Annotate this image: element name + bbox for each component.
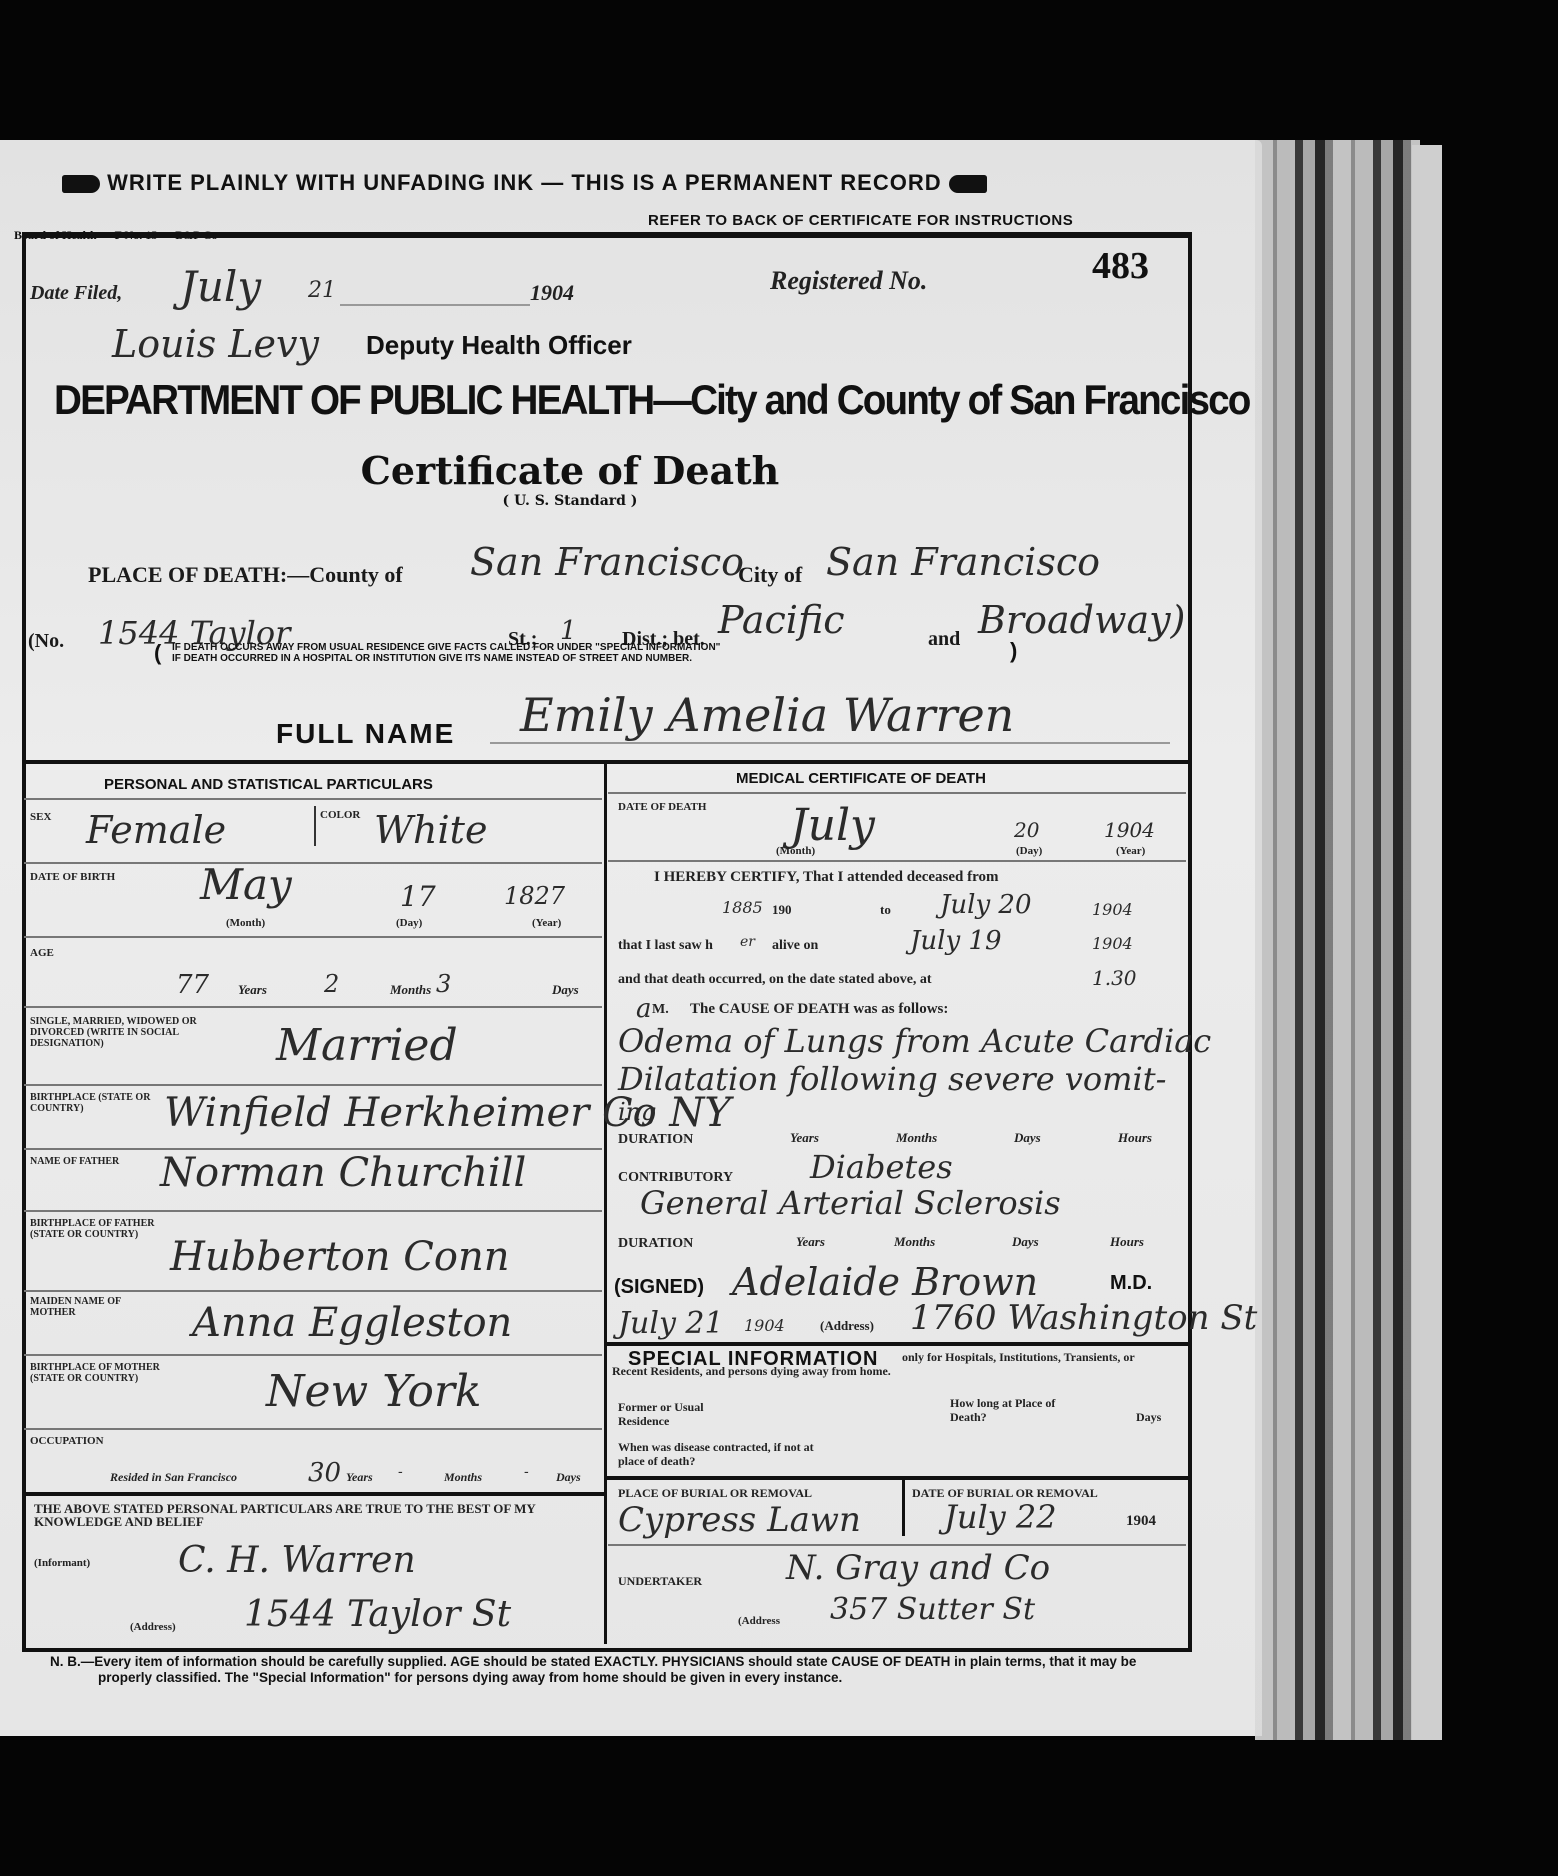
last-saw-date: July 19 <box>910 926 1002 956</box>
contracted-label: When was disease contracted, if not at p… <box>618 1440 818 1468</box>
color-label: COLOR <box>320 810 360 821</box>
dod-label: DATE OF DEATH <box>618 802 706 813</box>
resided-months: - <box>398 1464 403 1480</box>
personal-section-title: PERSONAL AND STATISTICAL PARTICULARS <box>104 776 433 793</box>
resided-days: - <box>524 1464 529 1480</box>
duration-label: DURATION <box>618 1134 693 1145</box>
burial-date: July 22 <box>944 1498 1057 1536</box>
dob-year: 1827 <box>504 882 565 910</box>
dod-day: 20 <box>1014 818 1039 842</box>
book-page-edge <box>1412 145 1442 1740</box>
certificate-frame <box>22 232 1192 1652</box>
informant-address-label: (Address) <box>130 1622 176 1633</box>
cause-line-2: Dilatation following severe vomit- <box>618 1060 1166 1098</box>
undertaker-label: UNDERTAKER <box>618 1576 702 1587</box>
contributory-1: Diabetes <box>810 1148 953 1186</box>
refer-note: REFER TO BACK OF CERTIFICATE FOR INSTRUC… <box>648 212 1073 229</box>
certificate-title: Certificate of Death <box>0 448 1140 493</box>
occupation-label: OCCUPATION <box>30 1436 104 1447</box>
city-value: San Francisco <box>826 540 1100 584</box>
attended-from: 1885 <box>722 898 763 917</box>
md-label: M.D. <box>1110 1272 1152 1295</box>
cause-label: The CAUSE OF DEATH was as follows: <box>690 1004 948 1015</box>
physician-address: 1760 Washington St <box>910 1298 1257 1338</box>
sex-label: SEX <box>30 812 51 823</box>
dob-month: May <box>200 860 292 909</box>
father-birthplace-value: Hubberton Conn <box>170 1234 510 1280</box>
age-label: AGE <box>30 948 54 959</box>
age-days: 3 <box>436 970 451 998</box>
street-no-label: (No. <box>28 630 64 653</box>
mother-birthplace-value: New York <box>266 1366 482 1417</box>
birthplace-label: BIRTHPLACE (State or Country) <box>30 1092 160 1114</box>
father-label: NAME OF FATHER <box>30 1156 130 1167</box>
between-street-2: Broadway) <box>978 598 1185 642</box>
dod-year: 1904 <box>1104 818 1155 842</box>
certify-text: I HEREBY CERTIFY, That I attended deceas… <box>654 872 999 883</box>
resided-label: Resided in San Francisco <box>110 1470 237 1485</box>
column-divider <box>604 762 607 1644</box>
footnote: N. B.—Every item of information should b… <box>50 1654 1158 1686</box>
former-residence-label: Former or Usual Residence <box>618 1400 718 1428</box>
book-page-edges <box>1255 140 1420 1740</box>
date-filed-month: July <box>180 262 261 311</box>
informant-address: 1544 Taylor St <box>244 1594 511 1635</box>
date-filed-label: Date Filed, <box>30 282 122 305</box>
am-pm: a <box>636 994 652 1024</box>
attended-to-year: 1904 <box>1092 900 1133 919</box>
officer-title: Deputy Health Officer <box>366 330 632 361</box>
last-saw-pronoun: er <box>740 934 755 950</box>
mother-birthplace-label: BIRTHPLACE OF MOTHER (State or Country) <box>30 1362 160 1384</box>
undertaker-address: 357 Sutter St <box>830 1592 1035 1627</box>
sex-value: Female <box>86 808 226 852</box>
mother-value: Anna Eggleston <box>192 1300 512 1346</box>
father-birthplace-label: BIRTHPLACE OF FATHER (State or Country) <box>30 1218 160 1240</box>
signed-label: (SIGNED) <box>614 1276 704 1299</box>
signed-year: 1904 <box>744 1316 785 1335</box>
registered-number: 483 <box>1092 244 1149 288</box>
informant-value: C. H. Warren <box>178 1540 416 1581</box>
dob-label: DATE OF BIRTH <box>30 872 115 883</box>
city-label: City of <box>738 562 802 588</box>
marital-label: SINGLE, MARRIED, WIDOWED OR DIVORCED (Wr… <box>30 1016 250 1049</box>
mother-label: MAIDEN NAME OF MOTHER <box>30 1296 140 1318</box>
full-name-value: Emily Amelia Warren <box>520 688 1014 742</box>
place-of-death-label: PLACE OF DEATH:—County of <box>88 562 403 588</box>
special-info-subtitle: only for Hospitals, Institutions, Transi… <box>612 1350 1172 1378</box>
between-street-1: Pacific <box>718 598 845 642</box>
registered-label: Registered No. <box>770 266 927 296</box>
department-title: DEPARTMENT OF PUBLIC HEALTH—City and Cou… <box>54 376 1250 424</box>
contributory-2: General Arterial Sclerosis <box>640 1184 1061 1222</box>
attended-to: July 20 <box>940 890 1032 920</box>
resided-years: 30 <box>308 1458 341 1488</box>
medical-section-title: MEDICAL CERTIFICATE OF DEATH <box>736 770 986 787</box>
dod-month: July <box>790 800 875 851</box>
last-saw-year: 1904 <box>1092 934 1133 953</box>
informant-label: (Informant) <box>34 1558 90 1569</box>
date-filed-day: 21 <box>308 278 336 303</box>
top-banner: WRITE PLAINLY WITH UNFADING INK — THIS I… <box>62 170 987 196</box>
date-filed-year: 1904 <box>530 280 574 306</box>
place-note: IF DEATH OCCURS AWAY FROM USUAL RESIDENC… <box>172 642 720 664</box>
attest-text: THE ABOVE STATED PERSONAL PARTICULARS AR… <box>34 1502 594 1528</box>
dob-day: 17 <box>400 880 436 913</box>
death-time: 1.30 <box>1092 966 1137 990</box>
and-label: and <box>928 628 960 651</box>
contributory-label: CONTRIBUTORY <box>618 1172 733 1183</box>
undertaker-value: N. Gray and Co <box>786 1548 1050 1588</box>
age-years: 77 <box>176 970 209 1000</box>
cause-line-1: Odema of Lungs from Acute Cardiac <box>618 1022 1211 1060</box>
father-value: Norman Churchill <box>160 1150 526 1196</box>
signed-date: July 21 <box>618 1306 724 1341</box>
duration-label-2: DURATION <box>618 1238 693 1249</box>
burial-place: Cypress Lawn <box>618 1500 861 1540</box>
county-value: San Francisco <box>470 540 744 584</box>
cause-line-3: ing <box>618 1098 657 1126</box>
age-months: 2 <box>324 970 339 998</box>
full-name-label: FULL NAME <box>276 718 455 750</box>
how-long-label: How long at Place of Death? <box>950 1396 1070 1424</box>
marital-value: Married <box>276 1020 458 1071</box>
standard-subtitle: ( U. S. Standard ) <box>0 493 1140 509</box>
pointing-hand-left-icon <box>62 175 100 193</box>
burial-place-label: PLACE OF BURIAL OR REMOVAL <box>618 1488 812 1499</box>
color-value: White <box>374 808 487 852</box>
pointing-hand-right-icon <box>949 175 987 193</box>
officer-signature: Louis Levy <box>112 322 319 366</box>
burial-year: 1904 <box>1126 1516 1156 1527</box>
